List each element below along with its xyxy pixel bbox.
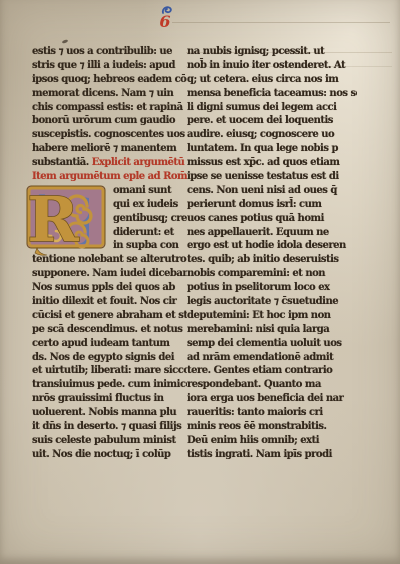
text-line: legis auctoritate ⁊ c̄suetudine — [187, 295, 357, 309]
manuscript-page: 6 estis ⁊ uos a contribulib: uestris que… — [0, 0, 400, 564]
initial-letter: R — [27, 184, 79, 256]
text-line: substantiā. Explicit argumētū — [32, 156, 187, 170]
parchment-fleck — [62, 39, 69, 44]
text-line: deputemini: Et hoc ipm non — [187, 309, 357, 323]
text-line: cūcisi et genere abraham et stir — [32, 309, 187, 323]
text-line: audire. eiusq; cognoscere uo — [187, 128, 357, 142]
text-line: initio dilexit et fouit. Nos cir — [32, 295, 187, 309]
text-line: et uirtutib; liberati: mare sicco — [32, 364, 187, 378]
text-line: cens. Non ueni nisi ad oues q̄ — [187, 184, 357, 198]
text-line: habere meliorē ⁊ manentem — [32, 142, 187, 156]
text-line: bonorū urōrum cum gaudio — [32, 114, 187, 128]
text-line: ergo est ut hodie idola deseren — [187, 239, 357, 253]
text-line: luntatem. In qua lege nobis p — [187, 142, 357, 156]
text-line: uoluerent. Nobis manna plu — [32, 406, 187, 420]
text-line: it dn̄s in deserto. ⁊ quasi filijs — [32, 420, 187, 434]
text-line: merebamini: nisi quia larga — [187, 323, 357, 337]
text-line: nes appellauerit. Equum ne — [187, 226, 357, 240]
text-line: q; ut cetera. eius circa nos im — [187, 73, 357, 87]
text-line: na nubis ignisq; pcessit. ut — [187, 45, 357, 59]
text-line: respondebant. Quanto ma — [187, 378, 357, 392]
text-line: ad nrām emendationē admit — [187, 351, 357, 365]
text-line: tere. Gentes etiam contrario — [187, 364, 357, 378]
text-line: transiuimus pede. cum inimicos — [32, 378, 187, 392]
text-line: missus est xp̄c. ad quos etiam — [187, 156, 357, 170]
text-line: ipse se uenisse testatus est di — [187, 170, 357, 184]
text-line: potius in pselitorum loco ex — [187, 281, 357, 295]
text-line: ipsos quoq; hebreos eadem cō — [32, 73, 187, 87]
text-line: suis celeste pabulum minist — [32, 434, 187, 448]
text-line: pe scā descendimus. et notus — [32, 323, 187, 337]
text-line: iora erga uos beneficia dei nar — [187, 392, 357, 406]
text-line: minis reos ēē monstrabitis. — [187, 420, 357, 434]
text-line: ds. Nos de egypto signis dei — [32, 351, 187, 365]
text-line: mensa beneficia taceamus: nos so — [187, 87, 357, 101]
text-line: suscepistis. cognoscentes uos — [32, 128, 187, 142]
text-line: Nos sumus ppls dei quos ab — [32, 281, 187, 295]
text-line: tistis ingrati. Nam ipīs prodi — [187, 448, 357, 462]
text-line: memorat dicens. Nam ⁊ uin — [32, 87, 187, 101]
right-column: na nubis ignisq; pcessit. utnob̄ in inui… — [187, 45, 357, 465]
text-line: raueritis: tanto maioris cri — [187, 406, 357, 420]
illuminated-initial: R — [25, 184, 107, 256]
text-line: stris que ⁊ illi a iudeis: apud — [32, 59, 187, 73]
ruling-line — [172, 22, 390, 23]
text-line: certo apud iudeam tantum — [32, 337, 187, 351]
text-line: nrōs grauissimi fluctus in — [32, 392, 187, 406]
text-line: tes. quib; ab initio deseruistis — [187, 253, 357, 267]
text-line: perierunt domus isrl̄: cum — [187, 198, 357, 212]
text-line: Item argumētum eple ad Rom̄. — [32, 170, 187, 184]
text-line: nobis comparemini: et non — [187, 267, 357, 281]
text-line: uit. Nos die noctuq; ī colūp — [32, 448, 187, 462]
text-line: li digni sumus dei legem acci — [187, 101, 357, 115]
text-line: supponere. Nam iudei dicebant — [32, 267, 187, 281]
text-line: chis compassi estis: et rapinā — [32, 101, 187, 115]
text-line: estis ⁊ uos a contribulib: ue — [32, 45, 187, 59]
text-line: Deū enim hiis omnib; exti — [187, 434, 357, 448]
text-line: uos canes potius quā homi — [187, 212, 357, 226]
text-line: semp dei clementia uoluit uos — [187, 337, 357, 351]
text-line: pere. et uocem dei loquentis — [187, 114, 357, 128]
folio-number: 6 — [150, 13, 180, 31]
text-line: nob̄ in inuio iter ostenderet. At — [187, 59, 357, 73]
